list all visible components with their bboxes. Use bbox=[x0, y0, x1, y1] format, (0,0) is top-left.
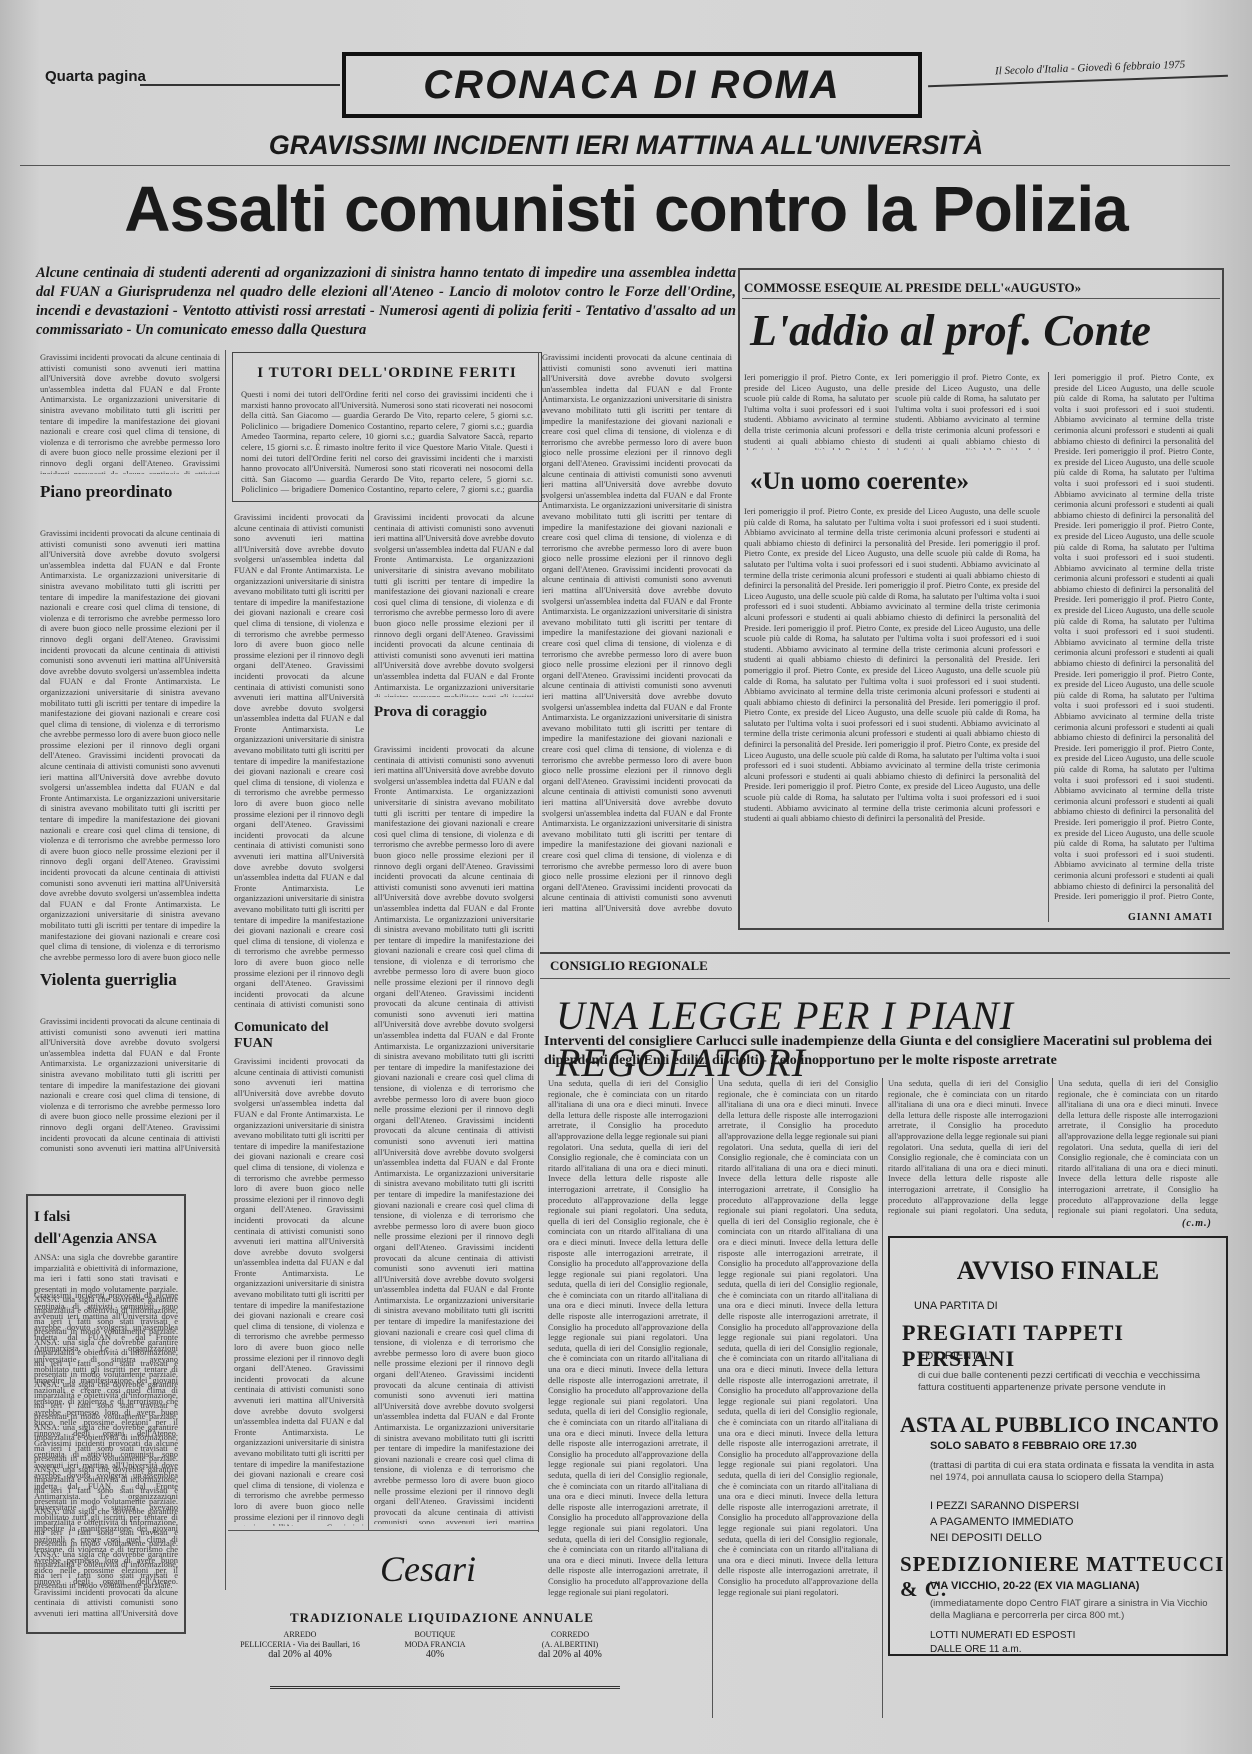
conte-body-3: Ieri pomeriggio il prof. Pietro Conte, e… bbox=[744, 506, 1040, 921]
ad-desc2: (trattasi di partita di cui era stata or… bbox=[930, 1460, 1222, 1484]
conte-subhead: «Un uomo coerente» bbox=[750, 468, 969, 496]
cesari-column: CORREDO(A. ALBERTINI)dal 20% al 40% bbox=[505, 1630, 635, 1660]
ad-company: SPEDIZIONIERE MATTEUCCI & C. bbox=[900, 1552, 1226, 1602]
conte-headline: L'addio al prof. Conte bbox=[750, 305, 1151, 356]
kicker-rule bbox=[20, 165, 1230, 166]
conte-body-4: Ieri pomeriggio il prof. Pietro Conte, e… bbox=[1054, 372, 1214, 902]
ad-desc1: di cui due balle contenenti pezzi certif… bbox=[918, 1370, 1218, 1394]
cesari-rule-bottom bbox=[270, 1686, 620, 1689]
lead-body-col3: Gravissimi incidenti provocati da alcune… bbox=[374, 512, 534, 697]
lead-body-col2: Gravissimi incidenti provocati da alcune… bbox=[234, 512, 364, 1012]
tutori-body: Questi i nomi dei tutori dell'Ordine fer… bbox=[241, 389, 533, 497]
ansa-body-cont: Gravissimi incidenti provocati da alcune… bbox=[34, 1290, 178, 1620]
consiglio-deck: Interventi del consigliere Carlucci sull… bbox=[544, 1032, 1234, 1070]
masthead-rule-left bbox=[140, 84, 340, 86]
cesari-rule-top bbox=[228, 1530, 538, 1531]
column-rule bbox=[368, 510, 369, 1530]
ad-auction: ASTA AL PUBBLICO INCANTO bbox=[900, 1412, 1219, 1438]
lead-body-col4: Gravissimi incidenti provocati da alcune… bbox=[542, 352, 732, 912]
subhead-prova: Prova di coraggio bbox=[374, 704, 534, 721]
cesari-column-head: BOUTIQUE bbox=[370, 1630, 500, 1640]
cesari-column-discount: dal 20% al 40% bbox=[505, 1650, 635, 1660]
ad-lots1: LOTTI NUMERATI ED ESPOSTI bbox=[930, 1630, 1075, 1641]
consiglio-body-2: Una seduta, quella di ieri del Consiglio… bbox=[718, 1078, 878, 1718]
ad-terms3: NEI DEPOSITI DELLO bbox=[930, 1532, 1042, 1544]
cesari-logo: Cesari bbox=[380, 1548, 476, 1590]
section-banner: CRONACA DI ROMA bbox=[342, 52, 922, 118]
ad-product: PREGIATI TAPPETI PERSIANI bbox=[902, 1320, 1226, 1372]
ad-product-sub: ED ORIENTALI bbox=[918, 1350, 994, 1362]
page-label: Quarta pagina bbox=[45, 68, 146, 85]
ad-directions: (immediatamente dopo Centro FIAT girare … bbox=[930, 1598, 1222, 1622]
cesari-column-discount: dal 20% al 40% bbox=[235, 1650, 365, 1660]
lead-body-col2b: Gravissimi incidenti provocati da alcune… bbox=[234, 1056, 364, 1526]
column-rule bbox=[712, 1078, 713, 1718]
cesari-column: ARREDOPELLICCERIA - Via dei Baullari, 16… bbox=[235, 1630, 365, 1660]
lead-body-col1c: Gravissimi incidenti provocati da alcune… bbox=[40, 1016, 220, 1156]
consiglio-rule-top bbox=[540, 952, 1230, 954]
column-rule bbox=[225, 350, 226, 1590]
newspaper-page: Quarta pagina CRONACA DI ROMA Il Secolo … bbox=[0, 0, 1252, 1754]
ad-date: SOLO SABATO 8 FEBBRAIO ORE 17.30 bbox=[930, 1440, 1137, 1452]
ad-tappeti: AVVISO FINALE UNA PARTITA DI PREGIATI TA… bbox=[888, 1236, 1228, 1656]
ad-title: AVVISO FINALE bbox=[890, 1256, 1226, 1286]
masthead-rule-right bbox=[928, 75, 1228, 87]
tutori-title: I TUTORI DELL'ORDINE FERITI bbox=[233, 365, 541, 382]
cesari-column-head: ARREDO bbox=[235, 1630, 365, 1640]
cesari-column-discount: 40% bbox=[370, 1650, 500, 1660]
column-rule bbox=[1052, 1078, 1053, 1218]
cesari-columns: ARREDOPELLICCERIA - Via dei Baullari, 16… bbox=[235, 1630, 635, 1660]
ansa-title-1: I falsi bbox=[34, 1208, 184, 1227]
conte-rule bbox=[742, 298, 1220, 299]
cesari-title: TRADIZIONALE LIQUIDAZIONE ANNUALE bbox=[290, 1610, 594, 1626]
ad-lots2: DALLE ORE 11 a.m. bbox=[930, 1644, 1022, 1655]
lead-body-col1b: Gravissimi incidenti provocati da alcune… bbox=[40, 528, 220, 963]
ansa-title-2: dell'Agenzia ANSA bbox=[34, 1230, 184, 1249]
column-rule bbox=[882, 1078, 883, 1718]
dateline: Il Secolo d'Italia - Giovedì 6 febbraio … bbox=[995, 59, 1186, 78]
section-title: CRONACA DI ROMA bbox=[423, 63, 840, 108]
cesari-column: BOUTIQUEMODA FRANCIA40% bbox=[370, 1630, 500, 1660]
consiglio-body-4: Una seduta, quella di ieri del Consiglio… bbox=[1058, 1078, 1218, 1218]
lead-deck: Alcune centinaia di studenti aderenti ad… bbox=[36, 264, 736, 340]
ad-terms1: I PEZZI SARANNO DISPERSI bbox=[930, 1500, 1079, 1512]
conte-body-1: Ieri pomeriggio il prof. Pietro Conte, e… bbox=[744, 372, 889, 450]
consiglio-body-3: Una seduta, quella di ieri del Consiglio… bbox=[888, 1078, 1048, 1218]
lead-headline: Assalti comunisti contro la Polizia bbox=[0, 172, 1252, 246]
lead-body-col3b: Gravissimi incidenti provocati da alcune… bbox=[374, 744, 534, 1524]
consiglio-rule bbox=[540, 978, 1230, 979]
cesari-column-head: CORREDO bbox=[505, 1630, 635, 1640]
tutori-box: I TUTORI DELL'ORDINE FERITI Questi i nom… bbox=[232, 352, 542, 502]
consiglio-signature: (c.m.) bbox=[1182, 1218, 1212, 1229]
subhead-violenta: Violenta guerriglia bbox=[40, 970, 220, 989]
conte-signature: GIANNI AMATI bbox=[1128, 912, 1213, 923]
subhead-comunicato: Comunicato del FUAN bbox=[234, 1020, 364, 1052]
column-rule bbox=[1048, 372, 1049, 922]
subhead-piano: Piano preordinato bbox=[40, 482, 220, 501]
conte-body-2: Ieri pomeriggio il prof. Pietro Conte, e… bbox=[895, 372, 1040, 450]
lead-body-col1: Gravissimi incidenti provocati da alcune… bbox=[40, 352, 220, 474]
consiglio-section-label: CONSIGLIO REGIONALE bbox=[550, 958, 708, 974]
conte-section-label: COMMOSSE ESEQUIE AL PRESIDE DELL'«AUGUST… bbox=[744, 280, 1081, 296]
ad-terms2: A PAGAMENTO IMMEDIATO bbox=[930, 1516, 1073, 1528]
ad-line1: UNA PARTITA DI bbox=[914, 1300, 998, 1312]
lead-kicker: GRAVISSIMI INCIDENTI IERI MATTINA ALL'UN… bbox=[0, 130, 1252, 161]
ad-address: VIA VICCHIO, 20-22 (EX VIA MAGLIANA) bbox=[930, 1580, 1139, 1592]
column-rule bbox=[538, 352, 539, 1532]
